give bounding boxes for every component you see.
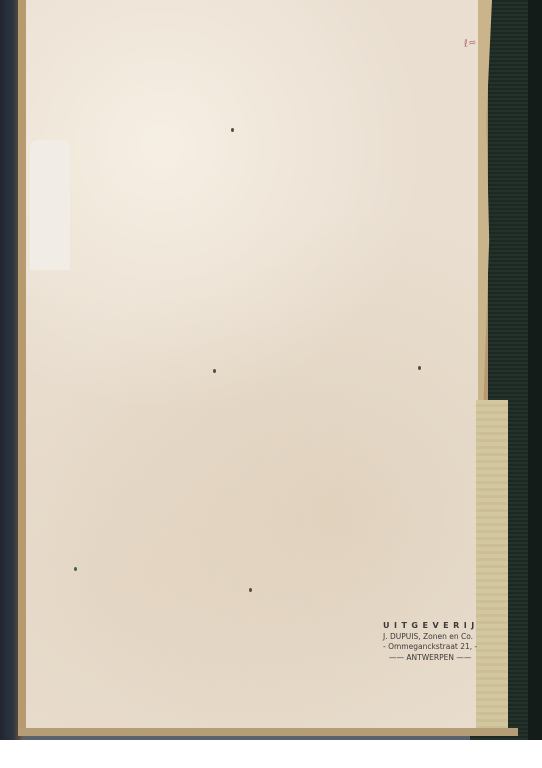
bottom-board-edge — [18, 728, 518, 736]
spine-shadow — [528, 0, 542, 740]
stamp-line-city: —— ANTWERPEN —— — [383, 653, 479, 664]
stain-speck — [418, 366, 421, 370]
removed-label-patch — [30, 140, 70, 270]
stain-speck — [213, 369, 216, 373]
exposed-board-strip — [476, 400, 508, 736]
stain-speck — [231, 128, 234, 132]
pencil-mark: ℓ≈ — [463, 37, 477, 50]
stamp-line-street: - Ommeganckstraat 21, - — [383, 642, 479, 653]
stain-speck — [249, 588, 252, 592]
stain-speck — [74, 567, 77, 571]
stamp-line-company: J. DUPUIS, Zonen en Co. — [383, 632, 479, 643]
stamp-line-publisher: UITGEVERIJ — [383, 621, 479, 632]
publisher-stamp: UITGEVERIJ J. DUPUIS, Zonen en Co. - Omm… — [383, 621, 479, 663]
